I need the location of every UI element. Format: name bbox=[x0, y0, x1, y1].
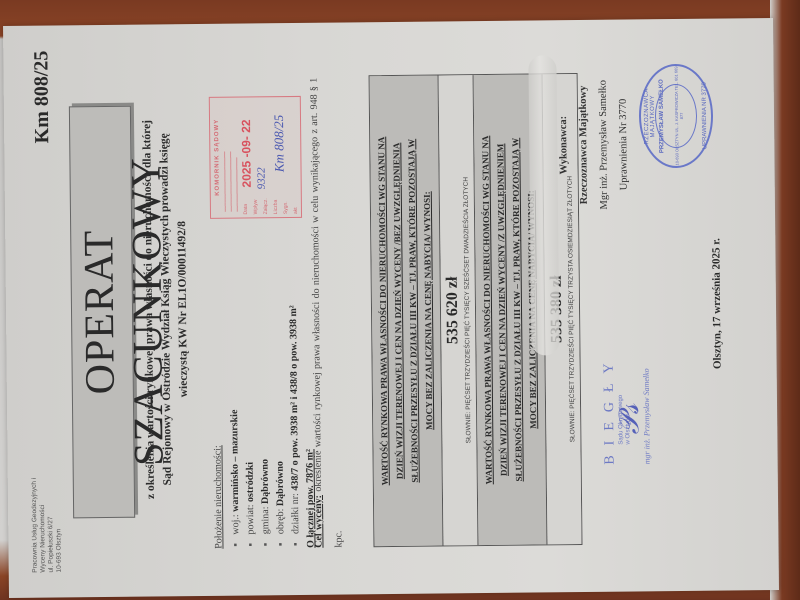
place-date: Olsztyn, 17 września 2025 r. bbox=[708, 64, 725, 544]
signature-icon: 𝒫𝓈 bbox=[614, 404, 646, 435]
valuation-heading: WARTOŚĆ RYNKOWA PRAWA WŁASNOŚCI DO NIERU… bbox=[370, 75, 444, 546]
appraiser-round-stamp: RZECZOZNAWCA MAJĄTKOWY PRZEMYSŁAW SAMEŁK… bbox=[638, 64, 713, 169]
purpose-text: określenie wartości rynkowej prawa własn… bbox=[309, 78, 345, 548]
valuation-amount-row: 535 620 zł SŁOWNIE: PIĘĆSET TRZYDZIEŚCI … bbox=[439, 75, 479, 545]
court-expert-name: mgr inż. Przemysław Samełko bbox=[641, 314, 652, 464]
title-box: OPERAT SZACUNKOWY bbox=[69, 106, 135, 519]
received-case-ref: Km 808/25 bbox=[276, 115, 283, 172]
received-date: 2025 -09- 22 bbox=[243, 119, 250, 187]
location-label: Położenie nieruchomości: bbox=[209, 306, 227, 549]
received-stamp-labels: Data Wpływ Załącz. Liczba Sygn. akt bbox=[241, 194, 301, 215]
contractor-name: Mgr inż. Przemysław Samełko bbox=[593, 55, 615, 235]
court-expert-stamp: BIEGŁY Sądu Okręgowego w Olsztynie 𝒫𝓈 mg… bbox=[601, 314, 652, 465]
contractor-license: Uprawnienia Nr 3770 bbox=[613, 54, 635, 234]
property-location: Położenie nieruchomości: woj.: warmińsko… bbox=[209, 305, 319, 549]
court-expert-title: BIEGŁY bbox=[601, 315, 619, 465]
contractor-label: Wykonawca: bbox=[553, 55, 575, 235]
purpose-label: Cel wyceny: bbox=[313, 495, 325, 548]
received-stamp: KOMORNIK SĄDOWY ━━━━━━━━━━━━━━━━━━━━━━━━… bbox=[209, 96, 302, 219]
valuation-purpose: Cel wyceny: określenie wartości rynkowej… bbox=[305, 77, 350, 547]
document-paper: Pracownia Usług Geodezyjnych i Wyceny Ni… bbox=[3, 18, 779, 598]
received-stamp-heading: KOMORNIK SĄDOWY bbox=[214, 105, 221, 210]
firm-line: 10-693 Olsztyn bbox=[54, 432, 63, 572]
valuation-amount: 535 620 zł bbox=[442, 75, 465, 545]
document-subtitle: z określenia wartości rynkowej prawa wła… bbox=[139, 89, 195, 530]
firm-header: Pracownia Usług Geodezyjnych i Wyceny Ni… bbox=[30, 432, 63, 572]
case-number: Km 808/25 bbox=[30, 51, 54, 144]
document-page: Pracownia Usług Geodezyjnych i Wyceny Ni… bbox=[8, 23, 774, 591]
contractor-block: Wykonawca: Rzeczoznawca Majątkowy Mgr in… bbox=[553, 54, 635, 235]
received-entry-number: 9322 bbox=[259, 167, 265, 189]
location-item: działki nr: 438/7 o pow. 3938 m² i 438/8… bbox=[286, 305, 303, 534]
contractor-role: Rzeczoznawca Majątkowy bbox=[573, 55, 595, 235]
